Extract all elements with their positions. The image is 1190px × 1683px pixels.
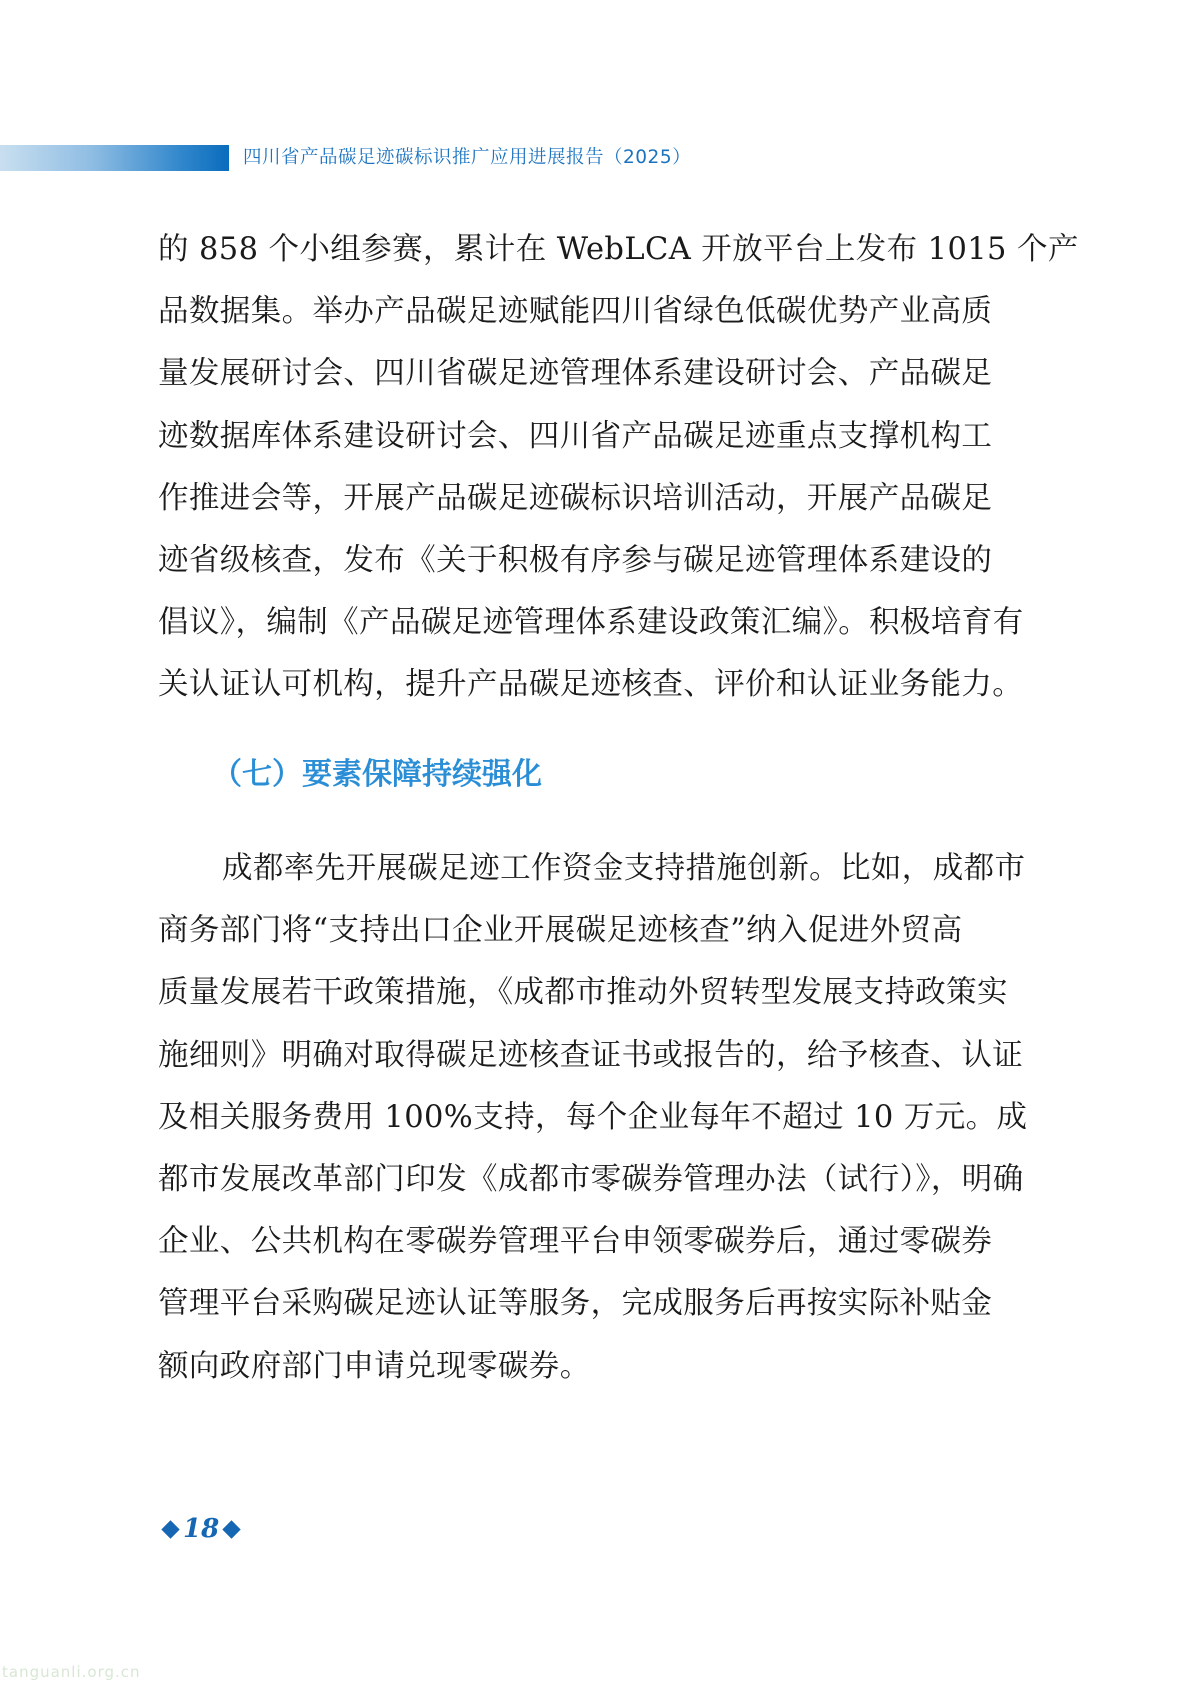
paragraph-1: 的 858 个小组参赛，累计在 WebLCA 开放平台上发布 1015 个产 品… <box>158 219 1038 717</box>
text-line: 倡议》，编制《产品碳足迹管理体系建设政策汇编》。积极培育有 <box>158 592 1038 654</box>
page-number-text: 18 <box>183 1512 219 1546</box>
text-line: 迹数据库体系建设研讨会、四川省产品碳足迹重点支撑机构工 <box>158 406 1038 468</box>
diamond-icon <box>222 1520 240 1538</box>
text-line: 管理平台采购碳足迹认证等服务，完成服务后再按实际补贴金 <box>158 1273 1038 1335</box>
diamond-icon <box>161 1520 179 1538</box>
text-line: 作推进会等，开展产品碳足迹碳标识培训活动，开展产品碳足 <box>158 468 1038 530</box>
section-heading: （七）要素保障持续强化 <box>212 750 542 800</box>
text-line: 成都率先开展碳足迹工作资金支持措施创新。比如，成都市 <box>158 838 1038 900</box>
text-line: 施细则》明确对取得碳足迹核查证书或报告的，给予核查、认证 <box>158 1025 1038 1087</box>
text-line: 及相关服务费用 100%支持，每个企业每年不超过 10 万元。成 <box>158 1087 1038 1149</box>
header-gradient-bar <box>0 145 229 171</box>
page-number: 18 <box>160 1512 242 1546</box>
text-line: 迹省级核查，发布《关于积极有序参与碳足迹管理体系建设的 <box>158 530 1038 592</box>
text-line: 品数据集。举办产品碳足迹赋能四川省绿色低碳优势产业高质 <box>158 281 1038 343</box>
text-line: 商务部门将“支持出口企业开展碳足迹核查”纳入促进外贸高 <box>158 900 1038 962</box>
text-line: 企业、公共机构在零碳券管理平台申领零碳券后，通过零碳券 <box>158 1211 1038 1273</box>
watermark: tanguanli.org.cn <box>2 1663 141 1681</box>
text-line: 质量发展若干政策措施，《成都市推动外贸转型发展支持政策实 <box>158 962 1038 1024</box>
text-line: 量发展研讨会、四川省碳足迹管理体系建设研讨会、产品碳足 <box>158 343 1038 405</box>
text-line: 额向政府部门申请兑现零碳券。 <box>158 1336 1038 1398</box>
text-line: 都市发展改革部门印发《成都市零碳券管理办法（试行）》，明确 <box>158 1149 1038 1211</box>
running-header-title: 四川省产品碳足迹碳标识推广应用进展报告（2025） <box>243 143 691 173</box>
text-line: 关认证认可机构，提升产品碳足迹核查、评价和认证业务能力。 <box>158 654 1038 716</box>
paragraph-2: 成都率先开展碳足迹工作资金支持措施创新。比如，成都市 商务部门将“支持出口企业开… <box>158 838 1038 1398</box>
text-line: 的 858 个小组参赛，累计在 WebLCA 开放平台上发布 1015 个产 <box>158 219 1038 281</box>
